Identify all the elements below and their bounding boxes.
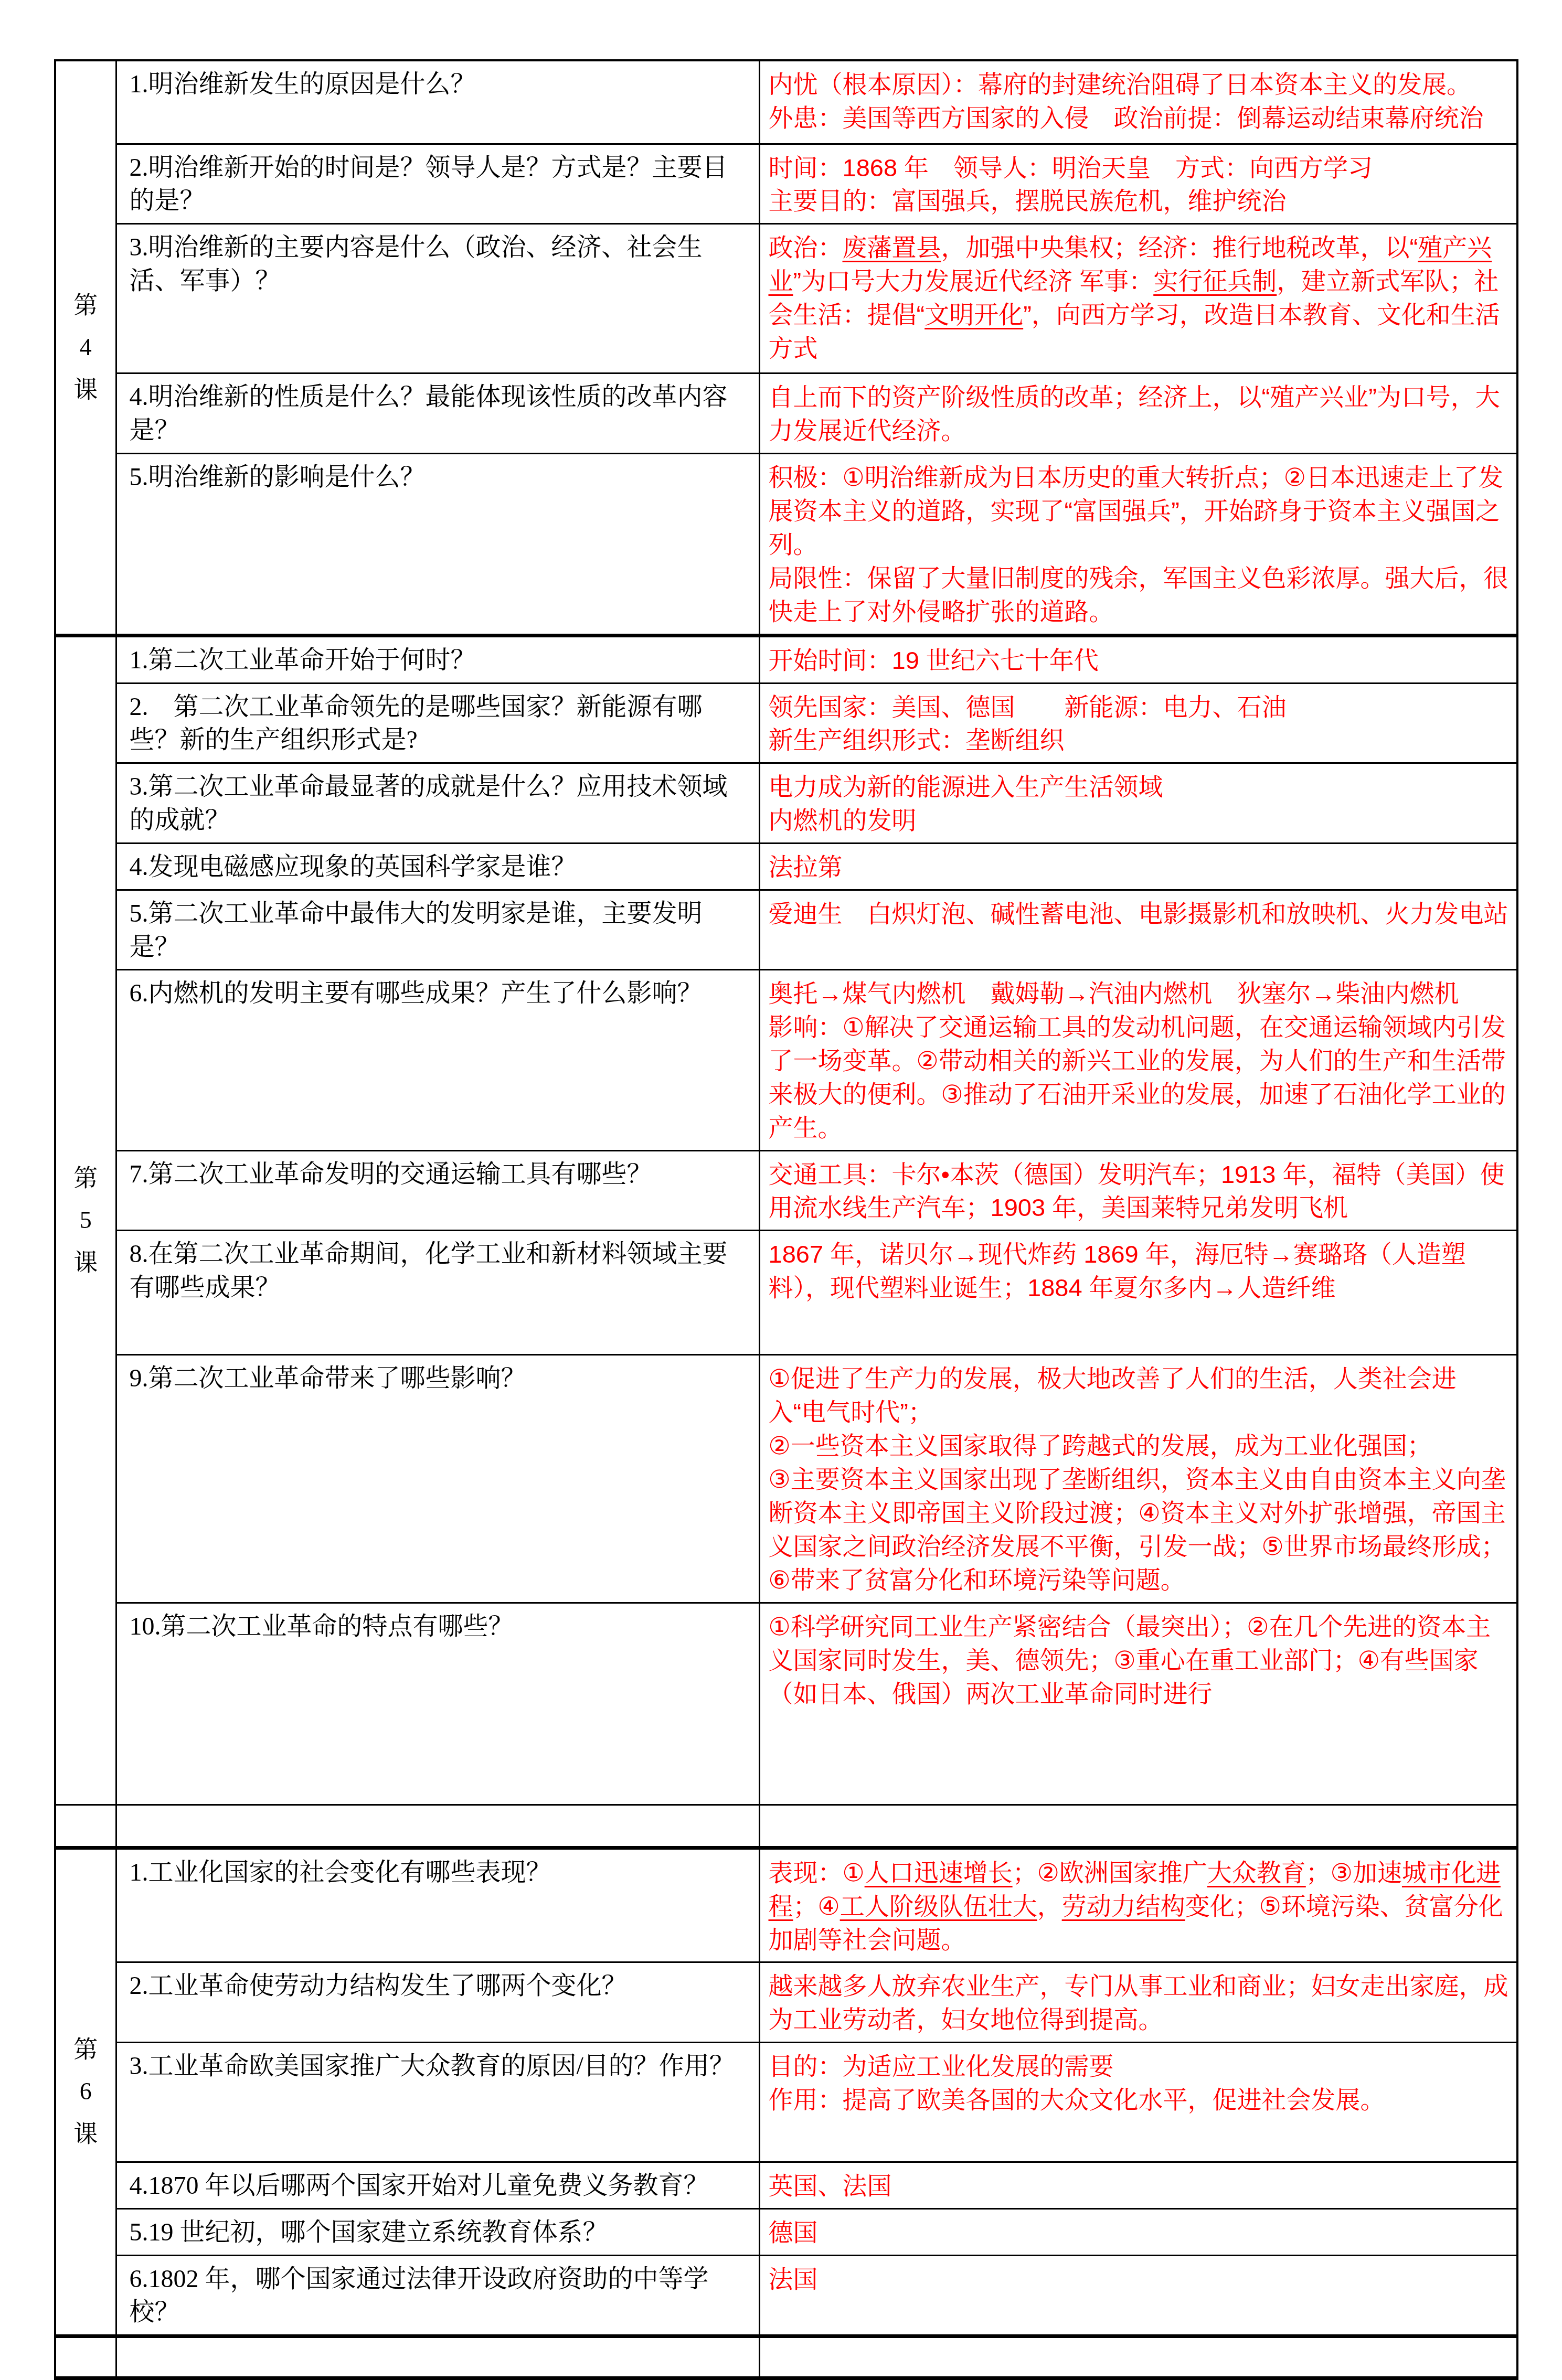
question-cell: 1.明治维新发生的原因是什么？ [116, 60, 759, 144]
question-paragraph: 4.明治维新的性质是什么？最能体现该性质的改革内容是？ [130, 380, 751, 447]
lesson-label-char: 第 [56, 2029, 115, 2071]
text: 2. 第二次工业革命领先的是哪些国家？新能源有哪些？新的生产组织形式是? [130, 693, 703, 754]
question-paragraph: 2. 第二次工业革命领先的是哪些国家？新能源有哪些？新的生产组织形式是? [130, 690, 751, 757]
text: 8.在第二次工业革命期间，化学工业和新材料领域主要有哪些成果？ [130, 1240, 728, 1301]
answer-paragraph: 外患：美国等西方国家的入侵 政治前提：倒幕运动结束幕府统治 [769, 101, 1511, 135]
question-paragraph: 9.第二次工业革命带来了哪些影响？ [130, 1362, 751, 1395]
text: 作用：提高了欧美各国的大众文化水平，促进社会发展。 [769, 2086, 1385, 2114]
question-paragraph: 2.工业革命使劳动力结构发生了哪两个变化？ [130, 1969, 751, 2002]
underlined-text: 大众教育 [1207, 1859, 1306, 1886]
answer-cell: 越来越多人放弃农业生产，专门从事工业和商业；妇女走出家庭，成为工业劳动者，妇女地… [759, 1962, 1517, 2043]
answer-paragraph: 德国 [769, 2216, 1511, 2249]
text: 法拉第 [769, 853, 843, 881]
text: ①科学研究同工业生产紧密结合（最突出）；②在几个先进的资本主义国家同时发生，美、… [769, 1613, 1491, 1707]
answer-cell: 法拉第 [759, 844, 1517, 890]
lesson-label-char: 课 [56, 369, 115, 411]
text: 越来越多人放弃农业生产，专门从事工业和商业；妇女走出家庭，成为工业劳动者，妇女地… [769, 1972, 1508, 2033]
answer-cell: 政治：废藩置县，加强中央集权；经济：推行地税改革，以“殖产兴业”为口号大力发展近… [759, 224, 1517, 373]
answer-paragraph: 时间：1868 年 领导人：明治天皇 方式：向西方学习 [769, 151, 1511, 185]
answer-paragraph: 爱迪生 白炽灯泡、碱性蓄电池、电影摄影机和放映机、火力发电站 [769, 897, 1511, 931]
qa-table-body: 第4课1.明治维新发生的原因是什么？内忧（根本原因）：幕府的封建统治阻碍了日本资… [55, 60, 1517, 2378]
answer-paragraph: 领先国家：美国、德国 新能源：电力、石油 [769, 690, 1511, 724]
lesson-5-row-8: 8.在第二次工业革命期间，化学工业和新材料领域主要有哪些成果？1867 年，诺贝… [55, 1231, 1517, 1355]
text: 3.第二次工业革命最显著的成就是什么？应用技术领域的成就？ [130, 773, 728, 834]
text: 内忧（根本原因）：幕府的封建统治阻碍了日本资本主义的发展。 [769, 70, 1472, 98]
answer-paragraph: 目的：为适应工业化发展的需要 [769, 2050, 1511, 2083]
text: 10.第二次工业革命的特点有哪些？ [130, 1613, 514, 1640]
lesson-6-row-6: 6.1802 年，哪个国家通过法律开设政府资助的中等学校？法国 [55, 2256, 1517, 2336]
question-paragraph: 3.第二次工业革命最显著的成就是什么？应用技术领域的成就？ [130, 770, 751, 837]
lesson-label-char: 4 [56, 326, 115, 369]
question-cell: 7.第二次工业革命发明的交通运输工具有哪些？ [116, 1150, 759, 1231]
text: 1.第二次工业革命开始于何时？ [130, 646, 476, 674]
text: 时间：1868 年 领导人：明治天皇 方式：向西方学习 [769, 154, 1373, 182]
lesson-label-char: 第 [56, 1157, 115, 1200]
text: 主要目的：富国强兵，摆脱民族危机，维护统治 [769, 187, 1287, 215]
answer-paragraph: 影响：①解决了交通运输工具的发动机问题，在交通运输领域内引发了一场变革。②带动相… [769, 1010, 1511, 1145]
answer-paragraph: 内忧（根本原因）：幕府的封建统治阻碍了日本资本主义的发展。 [769, 68, 1511, 101]
lesson-label-char: 5 [56, 1199, 115, 1242]
answer-cell: 积极：①明治维新成为日本历史的重大转折点；②日本迅速走上了发展资本主义的道路，实… [759, 454, 1517, 636]
text: 2.明治维新开始的时间是？领导人是？方式是？主要目的是？ [130, 154, 728, 215]
answer-paragraph: 局限性：保留了大量旧制度的残余，军国主义色彩浓厚。强大后，很快走上了对外侵略扩张… [769, 561, 1511, 628]
text: ”为口号大力发展近代经济 军事： [793, 267, 1154, 295]
lesson-4-row-4: 4.明治维新的性质是什么？最能体现该性质的改革内容是？自上而下的资产阶级性质的改… [55, 373, 1517, 454]
question-paragraph: 5.19 世纪初，哪个国家建立系统教育体系？ [130, 2216, 751, 2249]
lesson-5-row-2: 2. 第二次工业革命领先的是哪些国家？新能源有哪些？新的生产组织形式是?领先国家… [55, 683, 1517, 763]
lesson-4-row-3: 3.明治维新的主要内容是什么（政治、经济、社会生活、军事）？政治：废藩置县，加强… [55, 224, 1517, 373]
answer-cell: 1867 年，诺贝尔→现代炸药 1869 年，海厄特→赛璐珞（人造塑料），现代塑… [759, 1231, 1517, 1355]
text: 政治： [769, 233, 843, 261]
text: 5.第二次工业革命中最伟大的发明家是谁，主要发明是？ [130, 900, 703, 960]
text: 奥托→煤气内燃机 戴姆勒→汽油内燃机 狄塞尔→柴油内燃机 [769, 979, 1459, 1007]
text: 4.1870 年以后哪两个国家开始对儿童免费义务教育？ [130, 2172, 709, 2200]
lesson-6-row-3: 3.工业革命欧美国家推广大众教育的原因/目的？作用？目的：为适应工业化发展的需要… [55, 2043, 1517, 2162]
text: 新生产组织形式：垄断组织 [769, 726, 1065, 754]
text: ， [1037, 1892, 1062, 1920]
text: 法国 [769, 2265, 818, 2293]
answer-paragraph: 奥托→煤气内燃机 戴姆勒→汽油内燃机 狄塞尔→柴油内燃机 [769, 977, 1511, 1010]
answer-cell: 英国、法国 [759, 2162, 1517, 2209]
question-cell: 4.发现电磁感应现象的英国科学家是谁？ [116, 844, 759, 890]
answer-cell: 时间：1868 年 领导人：明治天皇 方式：向西方学习主要目的：富国强兵，摆脱民… [759, 144, 1517, 224]
question-paragraph: 5.明治维新的影响是什么？ [130, 461, 751, 494]
underlined-text: 劳动力结构 [1062, 1892, 1185, 1920]
document-page: 第4课1.明治维新发生的原因是什么？内忧（根本原因）：幕府的封建统治阻碍了日本资… [54, 59, 1518, 2380]
text: 7.第二次工业革命发明的交通运输工具有哪些？ [130, 1160, 652, 1188]
text: 积极：①明治维新成为日本历史的重大转折点；②日本迅速走上了发展资本主义的道路，实… [769, 463, 1503, 558]
text: ③主要资本主义国家出现了垄断组织，资本主义由自由资本主义向垄断资本主义即帝国主义… [769, 1465, 1506, 1594]
lesson-label-char: 课 [56, 2113, 115, 2155]
question-cell: 6.1802 年，哪个国家通过法律开设政府资助的中等学校？ [116, 2256, 759, 2336]
question-paragraph: 3.明治维新的主要内容是什么（政治、经济、社会生活、军事）？ [130, 231, 751, 297]
lesson-5-row-3: 3.第二次工业革命最显著的成就是什么？应用技术领域的成就？电力成为新的能源进入生… [55, 763, 1517, 844]
answer-cell: ①促进了生产力的发展，极大地改善了人们的生活，人类社会进入“电气时代”；②一些资… [759, 1355, 1517, 1603]
question-paragraph: 1.明治维新发生的原因是什么？ [130, 68, 751, 101]
lesson-label-char: 第 [56, 284, 115, 327]
lesson-4-row-5: 5.明治维新的影响是什么？积极：①明治维新成为日本历史的重大转折点；②日本迅速走… [55, 454, 1517, 636]
lesson-5-row-9: 9.第二次工业革命带来了哪些影响？①促进了生产力的发展，极大地改善了人们的生活，… [55, 1355, 1517, 1603]
text: 开始时间：19 世纪六七十年代 [769, 646, 1099, 674]
answer-paragraph: 作用：提高了欧美各国的大众文化水平，促进社会发展。 [769, 2083, 1511, 2117]
question-paragraph: 4.发现电磁感应现象的英国科学家是谁？ [130, 850, 751, 883]
answer-paragraph: 法国 [769, 2262, 1511, 2296]
text: 1.明治维新发生的原因是什么？ [130, 70, 476, 98]
question-cell: 3.第二次工业革命最显著的成就是什么？应用技术领域的成就？ [116, 763, 759, 844]
lesson-4-row-1: 第4课1.明治维新发生的原因是什么？内忧（根本原因）：幕府的封建统治阻碍了日本资… [55, 60, 1517, 144]
spacer-2-row-1 [55, 2336, 1517, 2378]
text: ；②欧洲国家推广 [1013, 1859, 1207, 1886]
question-paragraph: 7.第二次工业革命发明的交通运输工具有哪些？ [130, 1158, 751, 1191]
lesson-label-char: 6 [56, 2071, 115, 2113]
question-cell: 2.明治维新开始的时间是？领导人是？方式是？主要目的是？ [116, 144, 759, 224]
answer-paragraph: ①促进了生产力的发展，极大地改善了人们的生活，人类社会进入“电气时代”； [769, 1362, 1511, 1429]
lesson-label-lesson-6: 第6课 [55, 1848, 116, 2336]
lesson-label-lesson-5: 第5课 [55, 635, 116, 1805]
text: 电力成为新的能源进入生产生活领域 [769, 773, 1163, 801]
lesson-5-row-1: 第5课1.第二次工业革命开始于何时？开始时间：19 世纪六七十年代 [55, 635, 1517, 683]
question-cell: 3.明治维新的主要内容是什么（政治、经济、社会生活、军事）？ [116, 224, 759, 373]
text: 目的：为适应工业化发展的需要 [769, 2052, 1114, 2080]
qa-table: 第4课1.明治维新发生的原因是什么？内忧（根本原因）：幕府的封建统治阻碍了日本资… [54, 59, 1518, 2380]
underlined-text: 文明开化 [925, 301, 1023, 328]
text: 2.工业革命使劳动力结构发生了哪两个变化？ [130, 1972, 627, 2000]
lesson-4-row-2: 2.明治维新开始的时间是？领导人是？方式是？主要目的是？时间：1868 年 领导… [55, 144, 1517, 224]
answer-paragraph: 法拉第 [769, 850, 1511, 884]
text: 局限性：保留了大量旧制度的残余，军国主义色彩浓厚。强大后，很快走上了对外侵略扩张… [769, 564, 1508, 625]
question-cell: 6.内燃机的发明主要有哪些成果？产生了什么影响？ [116, 970, 759, 1151]
question-paragraph: 3.工业革命欧美国家推广大众教育的原因/目的？作用？ [130, 2050, 751, 2083]
underlined-text: 废藩置县 [843, 233, 941, 261]
text: ；③加速 [1306, 1859, 1402, 1886]
question-cell: 5.第二次工业革命中最伟大的发明家是谁，主要发明是？ [116, 890, 759, 970]
answer-paragraph: ②一些资本主义国家取得了跨越式的发展，成为工业化强国； [769, 1429, 1511, 1463]
lesson-6-row-1: 第6课1.工业化国家的社会变化有哪些表现？表现：①人口迅速增长；②欧洲国家推广大… [55, 1848, 1517, 1962]
text: ，加强中央集权；经济：推行地税改革，以“ [941, 233, 1418, 261]
underlined-text: 实行征兵制 [1153, 267, 1277, 295]
question-cell [116, 2336, 759, 2378]
underlined-text: 工人阶级队伍壮大 [840, 1892, 1037, 1920]
spacer-lesson-cell [55, 1805, 116, 1848]
answer-cell: 法国 [759, 2256, 1517, 2336]
text: 3.明治维新的主要内容是什么（政治、经济、社会生活、军事）？ [130, 233, 703, 294]
question-paragraph: 1.工业化国家的社会变化有哪些表现？ [130, 1856, 751, 1889]
lesson-5-row-5: 5.第二次工业革命中最伟大的发明家是谁，主要发明是？爱迪生 白炽灯泡、碱性蓄电池… [55, 890, 1517, 970]
lesson-6-row-4: 4.1870 年以后哪两个国家开始对儿童免费义务教育？英国、法国 [55, 2162, 1517, 2209]
answer-paragraph: 英国、法国 [769, 2169, 1511, 2203]
text: 1.工业化国家的社会变化有哪些表现？ [130, 1859, 551, 1886]
answer-paragraph: ③主要资本主义国家出现了垄断组织，资本主义由自由资本主义向垄断资本主义即帝国主义… [769, 1463, 1511, 1597]
answer-cell: 电力成为新的能源进入生产生活领域内燃机的发明 [759, 763, 1517, 844]
question-cell: 5.明治维新的影响是什么？ [116, 454, 759, 636]
text: ①促进了生产力的发展，极大地改善了人们的生活，人类社会进入“电气时代”； [769, 1364, 1457, 1426]
answer-paragraph: 积极：①明治维新成为日本历史的重大转折点；②日本迅速走上了发展资本主义的道路，实… [769, 461, 1511, 561]
question-paragraph: 6.1802 年，哪个国家通过法律开设政府资助的中等学校？ [130, 2262, 751, 2329]
lesson-5-row-4: 4.发现电磁感应现象的英国科学家是谁？法拉第 [55, 844, 1517, 890]
answer-paragraph: 越来越多人放弃农业生产，专门从事工业和商业；妇女走出家庭，成为工业劳动者，妇女地… [769, 1969, 1511, 2036]
answer-cell: 开始时间：19 世纪六七十年代 [759, 635, 1517, 683]
text: 爱迪生 白炽灯泡、碱性蓄电池、电影摄影机和放映机、火力发电站 [769, 900, 1508, 927]
spacer-lesson-cell [55, 2336, 116, 2378]
answer-paragraph: 交通工具：卡尔•本茨（德国）发明汽车；1913 年，福特（美国）使用流水线生产汽… [769, 1158, 1511, 1225]
text: 外患：美国等西方国家的入侵 政治前提：倒幕运动结束幕府统治 [769, 104, 1484, 132]
question-cell: 8.在第二次工业革命期间，化学工业和新材料领域主要有哪些成果？ [116, 1231, 759, 1355]
answer-cell [759, 1805, 1517, 1848]
question-paragraph: 2.明治维新开始的时间是？领导人是？方式是？主要目的是？ [130, 151, 751, 218]
lesson-5-row-7: 7.第二次工业革命发明的交通运输工具有哪些？交通工具：卡尔•本茨（德国）发明汽车… [55, 1150, 1517, 1231]
text: 英国、法国 [769, 2172, 892, 2200]
text: 5.19 世纪初，哪个国家建立系统教育体系？ [130, 2218, 608, 2246]
text: 4.发现电磁感应现象的英国科学家是谁？ [130, 853, 577, 881]
answer-paragraph: 表现：①人口迅速增长；②欧洲国家推广大众教育；③加速城市化进程；④工人阶级队伍壮… [769, 1856, 1511, 1957]
lesson-6-row-5: 5.19 世纪初，哪个国家建立系统教育体系？德国 [55, 2209, 1517, 2256]
question-cell [116, 1805, 759, 1848]
answer-cell: 奥托→煤气内燃机 戴姆勒→汽油内燃机 狄塞尔→柴油内燃机影响：①解决了交通运输工… [759, 970, 1517, 1151]
answer-cell: 德国 [759, 2209, 1517, 2256]
text: 1867 年，诺贝尔→现代炸药 1869 年，海厄特→赛璐珞（人造塑料），现代塑… [769, 1240, 1466, 1301]
answer-cell: 目的：为适应工业化发展的需要作用：提高了欧美各国的大众文化水平，促进社会发展。 [759, 2043, 1517, 2162]
question-cell: 9.第二次工业革命带来了哪些影响？ [116, 1355, 759, 1603]
text: 德国 [769, 2218, 818, 2246]
question-paragraph: 6.内燃机的发明主要有哪些成果？产生了什么影响？ [130, 977, 751, 1010]
question-cell: 4.明治维新的性质是什么？最能体现该性质的改革内容是？ [116, 373, 759, 454]
question-cell: 10.第二次工业革命的特点有哪些？ [116, 1603, 759, 1805]
question-paragraph: 10.第二次工业革命的特点有哪些？ [130, 1610, 751, 1643]
answer-paragraph: 新生产组织形式：垄断组织 [769, 723, 1511, 757]
question-cell: 5.19 世纪初，哪个国家建立系统教育体系？ [116, 2209, 759, 2256]
text: ；④ [793, 1892, 840, 1920]
text: 内燃机的发明 [769, 806, 917, 834]
text: 3.工业革命欧美国家推广大众教育的原因/目的？作用？ [130, 2052, 735, 2080]
answer-cell [759, 2336, 1517, 2378]
lesson-5-row-10: 10.第二次工业革命的特点有哪些？①科学研究同工业生产紧密结合（最突出）；②在几… [55, 1603, 1517, 1805]
answer-paragraph: 主要目的：富国强兵，摆脱民族危机，维护统治 [769, 184, 1511, 218]
page: { "page": {"width": 2977, "height": 4210… [0, 0, 1562, 2208]
text: 4.明治维新的性质是什么？最能体现该性质的改革内容是？ [130, 383, 728, 444]
text: 领先国家：美国、德国 新能源：电力、石油 [769, 693, 1287, 721]
text: 交通工具：卡尔•本茨（德国）发明汽车；1913 年，福特（美国）使用流水线生产汽… [769, 1160, 1505, 1222]
answer-paragraph: 开始时间：19 世纪六七十年代 [769, 644, 1511, 677]
lesson-label-lesson-4: 第4课 [55, 60, 116, 635]
answer-paragraph: 内燃机的发明 [769, 804, 1511, 837]
question-paragraph: 8.在第二次工业革命期间，化学工业和新材料领域主要有哪些成果？ [130, 1237, 751, 1304]
text: 6.内燃机的发明主要有哪些成果？产生了什么影响？ [130, 979, 703, 1007]
question-paragraph: 1.第二次工业革命开始于何时？ [130, 644, 751, 677]
answer-paragraph: 1867 年，诺贝尔→现代炸药 1869 年，海厄特→赛璐珞（人造塑料），现代塑… [769, 1237, 1511, 1305]
answer-paragraph: 政治：废藩置县，加强中央集权；经济：推行地税改革，以“殖产兴业”为口号大力发展近… [769, 231, 1511, 365]
text: 9.第二次工业革命带来了哪些影响？ [130, 1364, 526, 1392]
answer-cell: 交通工具：卡尔•本茨（德国）发明汽车；1913 年，福特（美国）使用流水线生产汽… [759, 1150, 1517, 1231]
underlined-text: 人口迅速增长 [865, 1859, 1013, 1886]
question-cell: 2. 第二次工业革命领先的是哪些国家？新能源有哪些？新的生产组织形式是? [116, 683, 759, 763]
text: ②一些资本主义国家取得了跨越式的发展，成为工业化强国； [769, 1432, 1432, 1459]
text: 6.1802 年，哪个国家通过法律开设政府资助的中等学校？ [130, 2265, 709, 2326]
answer-cell: 领先国家：美国、德国 新能源：电力、石油新生产组织形式：垄断组织 [759, 683, 1517, 763]
question-cell: 1.第二次工业革命开始于何时？ [116, 635, 759, 683]
text: 表现：① [769, 1859, 865, 1886]
question-cell: 3.工业革命欧美国家推广大众教育的原因/目的？作用？ [116, 2043, 759, 2162]
answer-cell: ①科学研究同工业生产紧密结合（最突出）；②在几个先进的资本主义国家同时发生，美、… [759, 1603, 1517, 1805]
text: 影响：①解决了交通运输工具的发动机问题，在交通运输领域内引发了一场变革。②带动相… [769, 1013, 1506, 1141]
spacer-1-row-1 [55, 1805, 1517, 1848]
text: 5.明治维新的影响是什么？ [130, 463, 426, 491]
text: 自上而下的资产阶级性质的改革；经济上，以“殖产兴业”为口号，大力发展近代经济。 [769, 383, 1500, 444]
question-cell: 2.工业革命使劳动力结构发生了哪两个变化？ [116, 1962, 759, 2043]
answer-paragraph: ①科学研究同工业生产紧密结合（最突出）；②在几个先进的资本主义国家同时发生，美、… [769, 1610, 1511, 1711]
question-paragraph: 5.第二次工业革命中最伟大的发明家是谁，主要发明是？ [130, 897, 751, 964]
answer-cell: 爱迪生 白炽灯泡、碱性蓄电池、电影摄影机和放映机、火力发电站 [759, 890, 1517, 970]
lesson-label-char: 课 [56, 1242, 115, 1284]
lesson-5-row-6: 6.内燃机的发明主要有哪些成果？产生了什么影响？奥托→煤气内燃机 戴姆勒→汽油内… [55, 970, 1517, 1151]
question-cell: 1.工业化国家的社会变化有哪些表现？ [116, 1848, 759, 1962]
lesson-6-row-2: 2.工业革命使劳动力结构发生了哪两个变化？越来越多人放弃农业生产，专门从事工业和… [55, 1962, 1517, 2043]
answer-cell: 表现：①人口迅速增长；②欧洲国家推广大众教育；③加速城市化进程；④工人阶级队伍壮… [759, 1848, 1517, 1962]
question-cell: 4.1870 年以后哪两个国家开始对儿童免费义务教育？ [116, 2162, 759, 2209]
answer-paragraph: 自上而下的资产阶级性质的改革；经济上，以“殖产兴业”为口号，大力发展近代经济。 [769, 380, 1511, 447]
question-paragraph: 4.1870 年以后哪两个国家开始对儿童免费义务教育？ [130, 2169, 751, 2202]
answer-paragraph: 电力成为新的能源进入生产生活领域 [769, 770, 1511, 804]
answer-cell: 内忧（根本原因）：幕府的封建统治阻碍了日本资本主义的发展。外患：美国等西方国家的… [759, 60, 1517, 144]
answer-cell: 自上而下的资产阶级性质的改革；经济上，以“殖产兴业”为口号，大力发展近代经济。 [759, 373, 1517, 454]
